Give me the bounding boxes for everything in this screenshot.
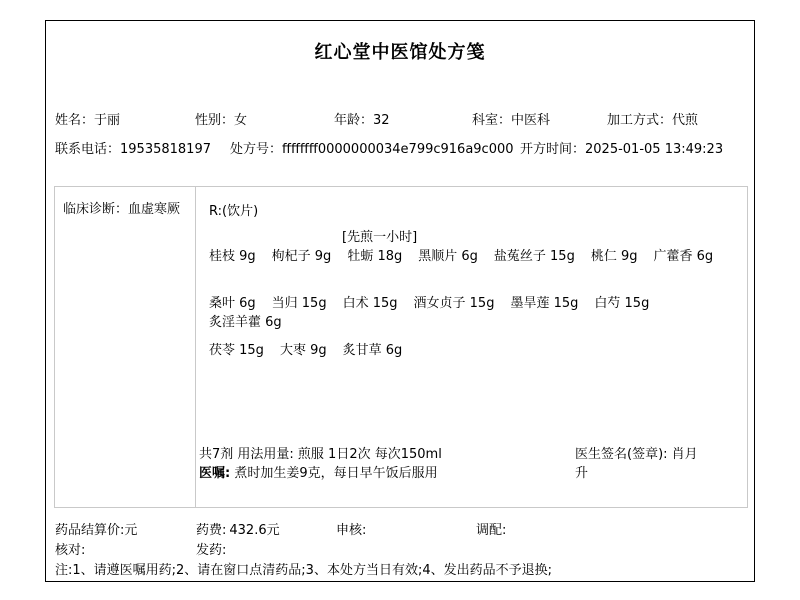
- patient-name-value: 于丽: [94, 113, 120, 128]
- phone-label: 联系电话：: [55, 142, 120, 157]
- medicine-fee-label: 药费:: [196, 523, 226, 538]
- instruction-text: 煮时加生姜9克，每日早午饭后服用: [234, 466, 437, 481]
- usage-block: 共7剂 用法用量: 煎服 1日2次 每次150ml 医嘱: 煮时加生姜9克，每日…: [199, 445, 442, 483]
- phone-field: 联系电话：19535818197: [55, 138, 211, 157]
- prescription-number-label: 处方号：: [230, 142, 282, 157]
- settlement-price-field: 药品结算价:元: [55, 519, 137, 538]
- herb-item: 炙甘草 6g: [343, 339, 403, 358]
- diagnosis-value: 血虚寒厥: [128, 202, 180, 217]
- footer-note: 注:1、请遵医嘱用药;2、请在窗口点清药品;3、本处方当日有效;4、发出药品不予…: [55, 559, 552, 578]
- herb-item: 桂枝 9g: [209, 245, 256, 264]
- settlement-price-value: 元: [124, 523, 137, 538]
- patient-name-label: 姓名：: [55, 113, 94, 128]
- herb-item: 枸杞子 9g: [272, 245, 332, 264]
- prescription-number-value: ffffffff0000000034e799c916a9c000: [282, 142, 514, 157]
- herb-item: 炙淫羊藿 6g: [209, 311, 282, 330]
- page-title: 红心堂中医馆处方笺: [46, 38, 754, 64]
- patient-gender-field: 性别：女: [195, 109, 247, 128]
- dispense-prep-label: 调配:: [476, 523, 506, 538]
- patient-age-field: 年龄：32: [334, 109, 390, 128]
- medicine-fee-value: 432.6元: [229, 523, 279, 538]
- issue-time-value: 2025-01-05 13:49:23: [585, 142, 723, 157]
- herb-item: 桑叶 6g: [209, 292, 256, 311]
- patient-name-field: 姓名：于丽: [55, 109, 120, 128]
- herb-item: 茯苓 15g: [209, 339, 264, 358]
- department-field: 科室：中医科: [472, 109, 550, 128]
- herb-item: 白芍 15g: [594, 292, 649, 311]
- phone-value: 19535818197: [120, 142, 211, 157]
- dispense-label: 发药:: [196, 543, 226, 558]
- herb-item: 桃仁 9g: [591, 245, 638, 264]
- processing-method-field: 加工方式：代煎: [607, 109, 698, 128]
- patient-age-value: 32: [373, 113, 390, 128]
- patient-gender-label: 性别：: [195, 113, 234, 128]
- diagnosis-label: 临床诊断：: [63, 202, 128, 217]
- herb-item: 广藿香 6g: [654, 245, 714, 264]
- doctor-signature-block: 医生签名(签章): 肖月升: [575, 445, 701, 483]
- patient-age-label: 年龄：: [334, 113, 373, 128]
- processing-method-label: 加工方式：: [607, 113, 672, 128]
- rx-header: R:(饮片): [209, 200, 258, 219]
- issue-time-label: 开方时间：: [520, 142, 585, 157]
- herb-line: 桂枝 9g枸杞子 9g牡蛎 18g黑顺片 6g盐菟丝子 15g桃仁 9g广藿香 …: [209, 245, 743, 292]
- herb-item: 酒女贞子 15g: [414, 292, 495, 311]
- herb-item: 当归 15g: [272, 292, 327, 311]
- dispense-prep-field: 调配:: [476, 519, 506, 538]
- doctor-signature-label: 医生签名(签章):: [575, 447, 668, 462]
- rx-table: 临床诊断：血虚寒厥 R:(饮片) [先煎一小时] 桂枝 9g枸杞子 9g牡蛎 1…: [54, 186, 748, 508]
- herb-item: 盐菟丝子 15g: [494, 245, 575, 264]
- department-label: 科室：: [472, 113, 511, 128]
- review-label: 申核:: [336, 523, 366, 538]
- herb-item: 墨旱莲 15g: [510, 292, 578, 311]
- medicine-fee-field: 药费:432.6元: [196, 519, 280, 538]
- issue-time-field: 开方时间：2025-01-05 13:49:23: [520, 138, 723, 157]
- doctor-instruction: 医嘱: 煮时加生姜9克，每日早午饭后服用: [199, 464, 442, 483]
- review-field: 申核:: [336, 519, 366, 538]
- check-label: 核对:: [55, 543, 85, 558]
- herb-line: 茯苓 15g大枣 9g炙甘草 6g: [209, 339, 743, 386]
- herb-item: 牡蛎 18g: [347, 245, 402, 264]
- prescription-sheet: 红心堂中医馆处方笺 姓名：于丽 性别：女 年龄：32 科室：中医科 加工方式：代…: [45, 20, 755, 582]
- processing-method-value: 代煎: [672, 113, 698, 128]
- diagnosis-cell: 临床诊断：血虚寒厥: [55, 187, 196, 507]
- settlement-price-label: 药品结算价:: [55, 523, 124, 538]
- pre-decoct-note: [先煎一小时]: [342, 226, 417, 245]
- usage-summary: 共7剂 用法用量: 煎服 1日2次 每次150ml: [199, 445, 442, 464]
- prescription-number-field: 处方号：ffffffff0000000034e799c916a9c000: [230, 138, 514, 157]
- instruction-label: 医嘱:: [199, 466, 230, 481]
- herb-list: 桂枝 9g枸杞子 9g牡蛎 18g黑顺片 6g盐菟丝子 15g桃仁 9g广藿香 …: [209, 245, 743, 386]
- herb-item: 大枣 9g: [280, 339, 327, 358]
- prescription-screen: 红心堂中医馆处方笺 姓名：于丽 性别：女 年龄：32 科室：中医科 加工方式：代…: [0, 0, 800, 600]
- department-value: 中医科: [511, 113, 550, 128]
- herb-line: 桑叶 6g当归 15g白术 15g酒女贞子 15g墨旱莲 15g白芍 15g炙淫…: [209, 292, 743, 339]
- herb-item: 白术 15g: [343, 292, 398, 311]
- patient-gender-value: 女: [234, 113, 247, 128]
- rx-cell: R:(饮片) [先煎一小时] 桂枝 9g枸杞子 9g牡蛎 18g黑顺片 6g盐菟…: [197, 187, 747, 507]
- dispense-field: 发药:: [196, 539, 226, 558]
- herb-item: 黑顺片 6g: [418, 245, 478, 264]
- check-field: 核对:: [55, 539, 85, 558]
